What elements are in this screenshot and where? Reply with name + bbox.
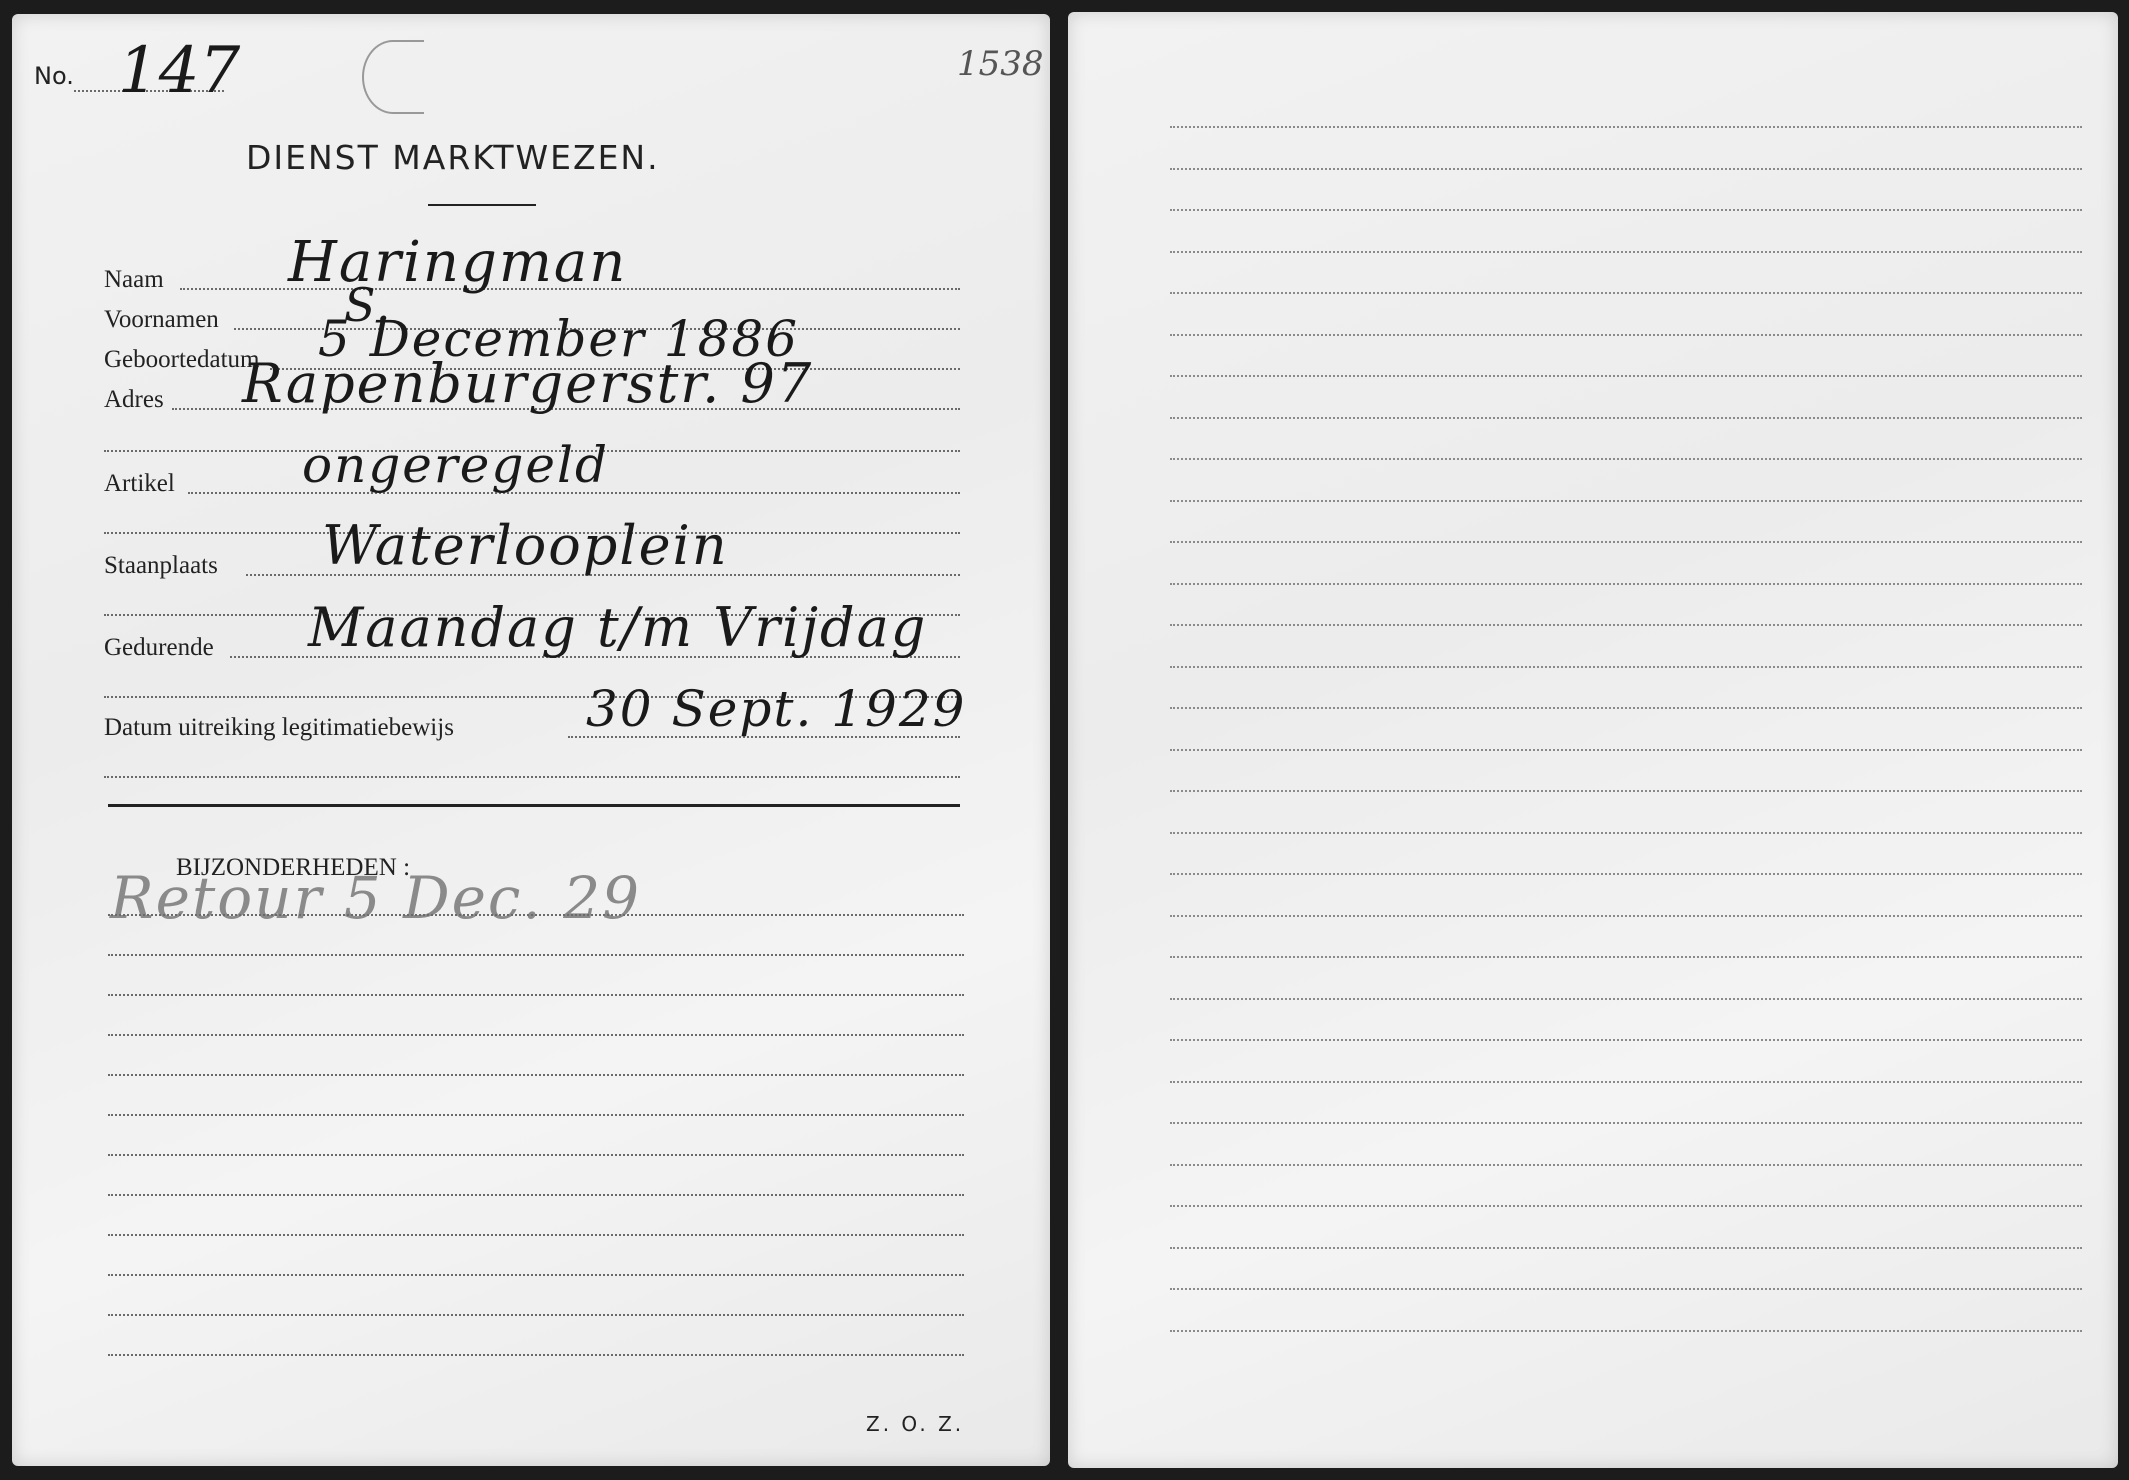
number-value: 147 <box>118 34 240 108</box>
remarks-line <box>108 954 964 956</box>
ruled-line <box>1170 417 2082 419</box>
ruled-line <box>1170 168 2082 170</box>
ruled-line <box>1170 1081 2082 1083</box>
remarks-line <box>108 994 964 996</box>
field-label-adres: Adres <box>104 386 164 414</box>
remarks-line <box>108 1034 964 1036</box>
ruled-line <box>1170 1039 2082 1041</box>
ruled-line <box>1170 541 2082 543</box>
field-label-voornamen: Voornamen <box>104 306 219 334</box>
section-divider <box>108 804 960 807</box>
ruled-line <box>1170 126 2082 128</box>
remarks-line <box>108 914 964 916</box>
remarks-line <box>108 1354 964 1356</box>
field-label-naam: Naam <box>104 266 164 294</box>
ruled-line <box>1170 1164 2082 1166</box>
ruled-line <box>1170 1330 2082 1332</box>
field-label-geboortedatum: Geboortedatum <box>104 346 260 374</box>
ruled-line <box>1170 956 2082 958</box>
pencil-circle-mark <box>362 40 424 114</box>
remarks-pencil-note: Retour 5 Dec. 29 <box>110 864 641 932</box>
remarks-line <box>108 1074 964 1076</box>
field-value-naam: Haringman <box>288 230 627 295</box>
ruled-line <box>1170 209 2082 211</box>
remarks-line <box>108 1194 964 1196</box>
ruled-line <box>1170 624 2082 626</box>
front-card: No. 147 1538 DIENST MARKTWEZEN. Naam Har… <box>12 14 1050 1466</box>
blank-line <box>104 776 960 778</box>
ruled-line <box>1170 707 2082 709</box>
field-value-datum-uitreiking: 30 Sept. 1929 <box>586 680 967 738</box>
field-value-artikel: ongeregeld <box>302 436 609 494</box>
remarks-line <box>108 1234 964 1236</box>
ruled-line <box>1170 1288 2082 1290</box>
ruled-line <box>1170 915 2082 917</box>
back-card <box>1068 12 2118 1468</box>
ruled-line <box>1170 458 2082 460</box>
remarks-line <box>108 1154 964 1156</box>
ruled-line <box>1170 832 2082 834</box>
field-value-gedurende: Maandag t/m Vrijdag <box>308 596 927 659</box>
field-value-adres: Rapenburgerstr. 97 <box>242 352 813 415</box>
ruled-line <box>1170 334 2082 336</box>
ruled-line <box>1170 1122 2082 1124</box>
ruled-line <box>1170 375 2082 377</box>
title-underline <box>428 204 536 206</box>
ruled-line <box>1170 500 2082 502</box>
number-label: No. <box>34 62 74 90</box>
field-label-staanplaats: Staanplaats <box>104 552 218 580</box>
ruled-line <box>1170 583 2082 585</box>
remarks-line <box>108 1314 964 1316</box>
remarks-line <box>108 1114 964 1116</box>
ruled-line <box>1170 873 2082 875</box>
ruled-line <box>1170 998 2082 1000</box>
remarks-line <box>108 1274 964 1276</box>
footer-zoz: Z. O. Z. <box>866 1412 964 1436</box>
ruled-line <box>1170 666 2082 668</box>
field-label-artikel: Artikel <box>104 470 175 498</box>
field-label-gedurende: Gedurende <box>104 634 214 662</box>
field-value-staanplaats: Waterlooplein <box>322 514 729 577</box>
page-title: DIENST MARKTWEZEN. <box>246 138 660 177</box>
ruled-line <box>1170 251 2082 253</box>
archive-number: 1538 <box>957 44 1044 84</box>
ruled-line <box>1170 790 2082 792</box>
field-label-datum-uitreiking: Datum uitreiking legitimatiebewijs <box>104 714 454 742</box>
ruled-line <box>1170 1205 2082 1207</box>
ruled-line <box>1170 1247 2082 1249</box>
ruled-line <box>1170 292 2082 294</box>
ruled-line <box>1170 749 2082 751</box>
